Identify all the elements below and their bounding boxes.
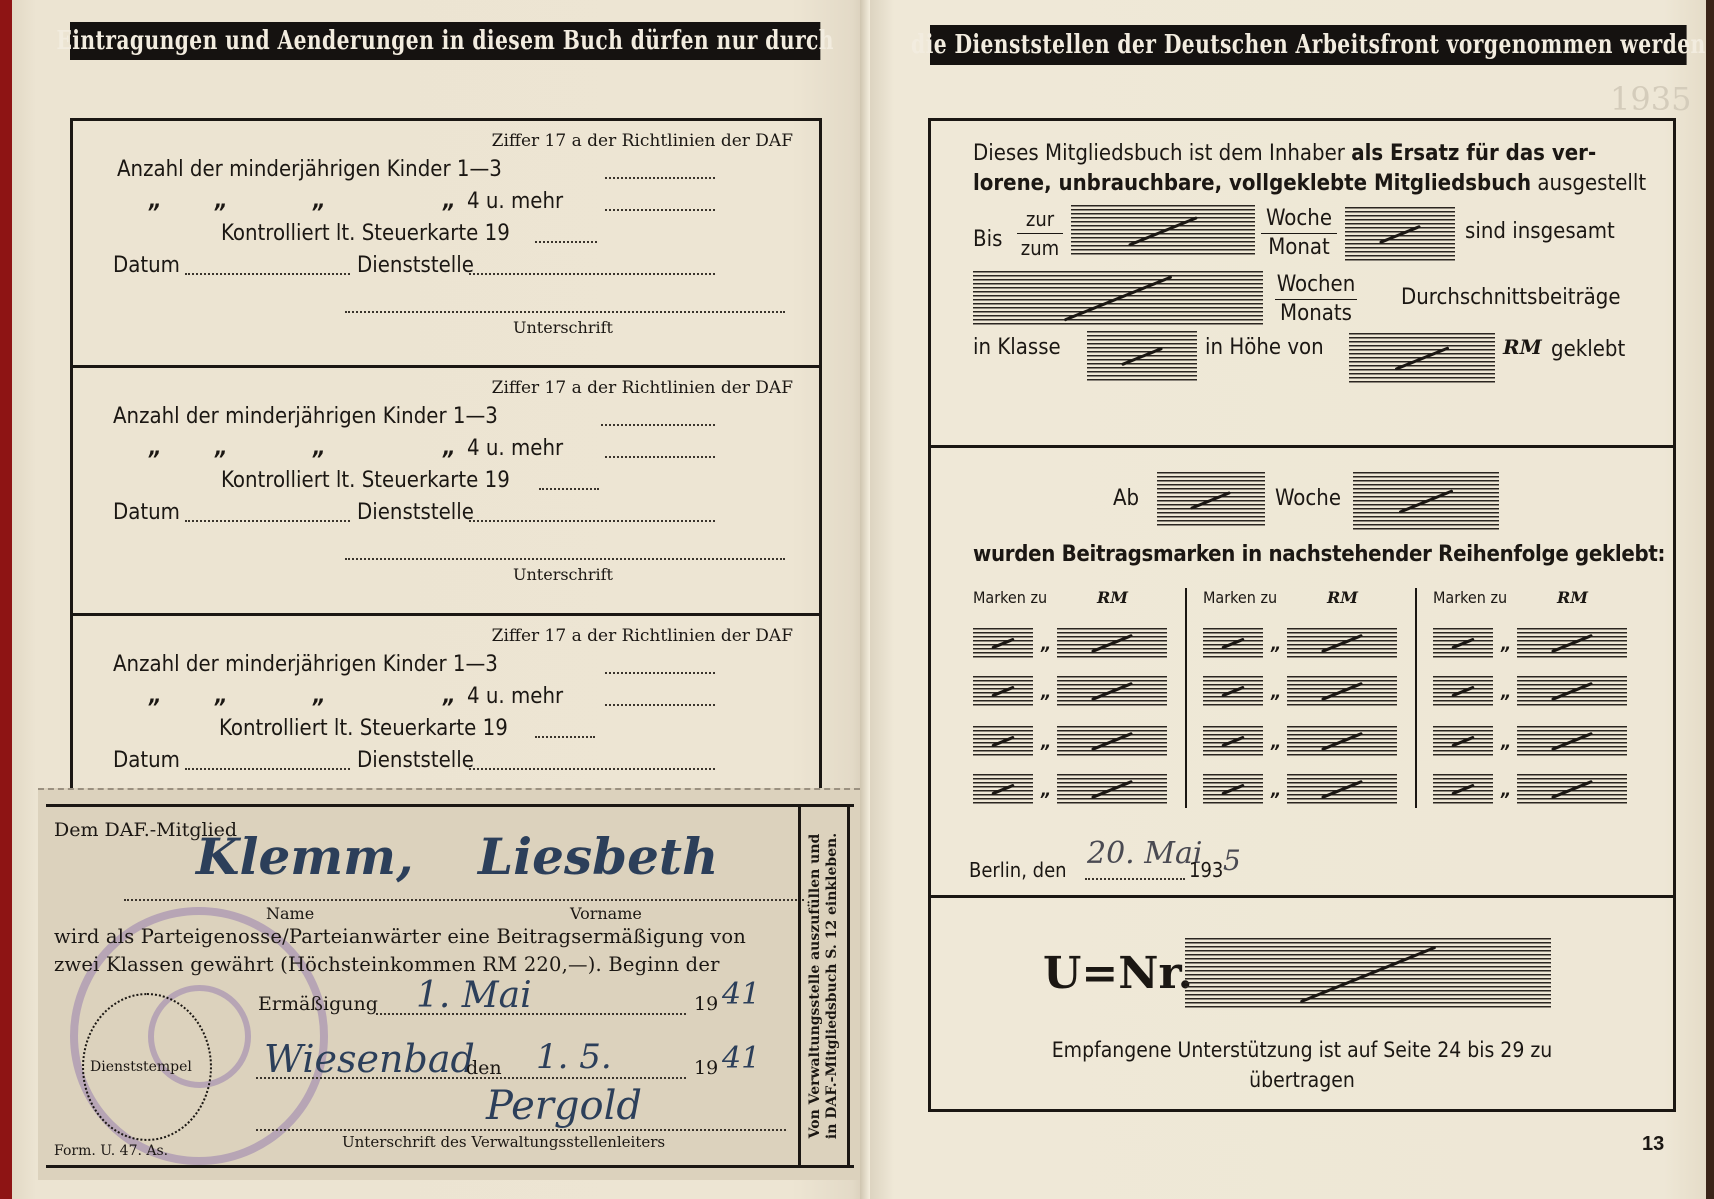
unr-label: U=Nr.: [1043, 948, 1193, 999]
marken-col-2-currency: RM: [1327, 588, 1358, 607]
klasse-field-cancelled[interactable]: [1087, 331, 1197, 381]
ditto-mark: „: [215, 436, 228, 461]
marken-count-field[interactable]: [1433, 774, 1493, 804]
contribution-reduction-slip: Verwaltungsstelle Wiesenbad i. E. · Gauw…: [38, 788, 860, 1180]
datum-label: Datum: [113, 748, 180, 773]
ditto-mark: „: [149, 189, 162, 214]
children-section-2: Ziffer 17 a der Richtlinien der DAF Anza…: [73, 368, 819, 616]
wochen-monats-fraction: Wochen Monats: [1275, 271, 1357, 328]
marken-amount-field[interactable]: [1287, 628, 1397, 658]
ditto-mark: „: [313, 189, 326, 214]
steuerkarte-year-field[interactable]: [539, 488, 599, 490]
leader-signature-field[interactable]: [256, 1129, 786, 1131]
marken-count-field[interactable]: [973, 676, 1033, 706]
issue-year-handwritten: 41: [722, 1041, 760, 1076]
bis-week-field-cancelled[interactable]: [1345, 207, 1455, 261]
ditto-mark: „: [149, 684, 162, 709]
ditto-mark: „: [1041, 780, 1051, 801]
marken-count-field[interactable]: [1203, 628, 1263, 658]
member-surname-handwritten: Klemm,: [196, 827, 413, 886]
children-1-3-label: Anzahl der minderjährigen Kinder 1—3: [113, 404, 498, 429]
ermaessigung-date-handwritten: 1. Mai: [416, 975, 532, 1016]
ditto-mark: „: [1041, 634, 1051, 655]
marken-count-field[interactable]: [1433, 628, 1493, 658]
marken-amount-field[interactable]: [1287, 726, 1397, 756]
ab-label: Ab: [1113, 486, 1139, 511]
bis-date-field-cancelled[interactable]: [1071, 205, 1255, 257]
children-1-3-field[interactable]: [605, 672, 715, 674]
right-header-banner: die Dienststellen der Deutschen Arbeitsf…: [930, 25, 1687, 65]
children-4-plus-label: 4 u. mehr: [467, 684, 563, 709]
marken-count-field[interactable]: [1203, 676, 1263, 706]
children-4-plus-label: 4 u. mehr: [467, 189, 563, 214]
stamp-order-section: Ab Woche wurden Beitragsmarken in nachst…: [931, 448, 1673, 898]
marken-col-2-header: Marken zu: [1203, 588, 1277, 607]
children-1-3-field[interactable]: [605, 177, 715, 179]
replacement-intro-line-1: Dieses Mitgliedsbuch ist dem Inhaber als…: [973, 141, 1596, 166]
ditto-mark: „: [149, 436, 162, 461]
year-prefix: 19: [694, 993, 718, 1015]
berlin-year-prefix: 193: [1189, 858, 1223, 882]
reihenfolge-heading: wurden Beitragsmarken in nachstehender R…: [973, 542, 1665, 567]
replacement-info-section: Dieses Mitgliedsbuch ist dem Inhaber als…: [931, 121, 1673, 448]
column-divider: [1185, 588, 1187, 808]
monats-label: Monats: [1280, 301, 1352, 326]
children-4-plus-label: 4 u. mehr: [467, 436, 563, 461]
dienststelle-label: Dienststelle: [357, 253, 474, 278]
steuerkarte-label: Kontrolliert lt. Steuerkarte 19: [221, 221, 510, 246]
vertical-note-line-2: in DAF.-Mitgliedsbuch S. 12 einkleben.: [824, 811, 841, 1161]
ermaessigung-label: Ermäßigung: [258, 993, 378, 1015]
zur-zum-fraction: zur zum: [1017, 205, 1063, 262]
ditto-mark: „: [1271, 780, 1281, 801]
children-4-plus-field[interactable]: [605, 456, 715, 458]
unterstuetzung-line-1: Empfangene Unterstützung ist auf Seite 2…: [931, 1038, 1673, 1062]
datum-field[interactable]: [185, 768, 350, 770]
signature-label: Unterschrift: [513, 565, 613, 584]
children-section-1: Ziffer 17 a der Richtlinien der DAF Anza…: [73, 121, 819, 368]
children-4-plus-field[interactable]: [605, 704, 715, 706]
marken-count-field[interactable]: [1433, 676, 1493, 706]
woche-label: Woche: [1261, 205, 1337, 234]
ditto-mark: „: [1271, 634, 1281, 655]
marken-amount-field[interactable]: [1057, 774, 1167, 804]
dienststelle-label: Dienststelle: [357, 748, 474, 773]
column-divider: [1415, 588, 1417, 808]
steuerkarte-label: Kontrolliert lt. Steuerkarte 19: [219, 716, 508, 741]
book-gutter: [860, 0, 870, 1199]
steuerkarte-year-field[interactable]: [535, 241, 597, 243]
marken-col-1-currency: RM: [1097, 588, 1128, 607]
steuerkarte-label: Kontrolliert lt. Steuerkarte 19: [221, 468, 510, 493]
berlin-year-handwritten: 5: [1223, 844, 1241, 877]
in-hoehe-label: in Höhe von: [1205, 335, 1324, 360]
name-field[interactable]: [124, 899, 804, 901]
ditto-mark: „: [443, 436, 456, 461]
issue-date-handwritten: 1. 5.: [536, 1037, 612, 1077]
marken-amount-field[interactable]: [1287, 774, 1397, 804]
place-handwritten: Wiesenbad: [264, 1037, 475, 1081]
marken-amount-field[interactable]: [1517, 628, 1627, 658]
berlin-date-handwritten: 20. Mai: [1087, 836, 1202, 871]
signature-field[interactable]: [345, 558, 785, 560]
marken-col-3-header: Marken zu: [1433, 588, 1507, 607]
marken-amount-field[interactable]: [1057, 676, 1167, 706]
slip-vertical-note: Von Verwaltungsstelle auszufüllen und in…: [798, 807, 850, 1165]
children-4-plus-field[interactable]: [605, 209, 715, 211]
dienststelle-field[interactable]: [469, 520, 715, 522]
slip-body-line-1: wird als Parteigenosse/Parteianwärter ei…: [54, 925, 746, 948]
ab-woche-field-cancelled[interactable]: [1353, 472, 1499, 530]
dienststelle-field[interactable]: [469, 768, 715, 770]
support-section: U=Nr. Empfangene Unterstützung ist auf S…: [931, 898, 1673, 1109]
vorname-label: Vorname: [570, 904, 642, 923]
steuerkarte-year-field[interactable]: [535, 736, 595, 738]
book-right-edge: [1706, 0, 1714, 1199]
vertical-note-text: Von Verwaltungsstelle auszufüllen und in…: [807, 811, 841, 1161]
marken-amount-field[interactable]: [1057, 628, 1167, 658]
insgesamt-label: sind insgesamt: [1465, 219, 1615, 244]
ditto-mark: „: [313, 436, 326, 461]
datum-label: Datum: [113, 500, 180, 525]
dienststelle-label: Dienststelle: [357, 500, 474, 525]
replacement-intro-line-2: lorene, unbrauchbare, vollgeklebte Mitgl…: [973, 171, 1646, 196]
marken-col-3-currency: RM: [1557, 588, 1588, 607]
marken-amount-field[interactable]: [1287, 676, 1397, 706]
stamp-placeholder-label: Dienststempel: [90, 1059, 192, 1075]
marken-count-field[interactable]: [973, 774, 1033, 804]
total-weeks-field-cancelled[interactable]: [973, 271, 1263, 325]
unterstuetzung-line-2: übertragen: [931, 1068, 1673, 1092]
berlin-date-field[interactable]: [1085, 878, 1185, 880]
slip-body-line-2: zwei Klassen gewährt (Höchsteinkommen RM…: [54, 953, 720, 976]
marken-col-1-header: Marken zu: [973, 588, 1047, 607]
ditto-mark: „: [443, 189, 456, 214]
signature-label: Unterschrift: [513, 318, 613, 337]
ditto-mark: „: [443, 684, 456, 709]
slip-frame: Verwaltungsstelle Wiesenbad i. E. · Gauw…: [46, 804, 854, 1168]
ermaessigung-year-handwritten: 41: [722, 977, 760, 1012]
ziffer-reference: Ziffer 17 a der Richtlinien der DAF: [492, 378, 793, 398]
dienststelle-field[interactable]: [469, 273, 715, 275]
children-1-3-label: Anzahl der minderjährigen Kinder 1—3: [113, 652, 498, 677]
amount-field-cancelled[interactable]: [1349, 333, 1495, 383]
replacement-book-form: Dieses Mitgliedsbuch ist dem Inhaber als…: [928, 118, 1676, 1112]
year-prefix: 19: [694, 1057, 718, 1079]
wochen-label: Wochen: [1275, 271, 1357, 300]
woche-monat-fraction: Woche Monat: [1261, 205, 1337, 262]
den-label: den: [466, 1057, 502, 1079]
ditto-mark: „: [1041, 682, 1051, 703]
children-1-3-label: Anzahl der minderjährigen Kinder 1—3: [117, 157, 502, 182]
ziffer-reference: Ziffer 17 a der Richtlinien der DAF: [492, 626, 793, 646]
faint-year-showthrough: 1935: [1610, 80, 1691, 118]
ditto-mark: „: [313, 684, 326, 709]
ziffer-reference: Ziffer 17 a der Richtlinien der DAF: [492, 131, 793, 151]
book-cover-edge: [0, 0, 12, 1199]
in-klasse-label: in Klasse: [973, 335, 1061, 360]
marken-count-field[interactable]: [973, 628, 1033, 658]
form-number: Form. U. 47. As.: [54, 1143, 168, 1159]
zum-label: zum: [1021, 236, 1059, 260]
vertical-note-line-1: Von Verwaltungsstelle auszufüllen und: [807, 811, 824, 1161]
datum-label: Datum: [113, 253, 180, 278]
berlin-den-label: Berlin, den: [969, 858, 1067, 882]
marken-count-field[interactable]: [973, 726, 1033, 756]
signature-handwritten: Pergold: [486, 1083, 642, 1129]
marken-amount-field[interactable]: [1517, 676, 1627, 706]
marken-count-field[interactable]: [1433, 726, 1493, 756]
marken-count-field[interactable]: [1203, 774, 1263, 804]
monat-label: Monat: [1268, 235, 1330, 260]
signature-field[interactable]: [345, 311, 785, 313]
datum-field[interactable]: [185, 520, 350, 522]
ab-woche-label: Woche: [1275, 486, 1341, 511]
place-date-field[interactable]: [256, 1077, 686, 1079]
marken-amount-field[interactable]: [1517, 774, 1627, 804]
marken-count-field[interactable]: [1203, 726, 1263, 756]
zur-label: zur: [1017, 205, 1063, 234]
geklebt-label: geklebt: [1551, 337, 1625, 362]
children-1-3-field[interactable]: [601, 424, 715, 426]
ditto-mark: „: [1271, 732, 1281, 753]
marken-amount-field[interactable]: [1517, 726, 1627, 756]
name-label: Name: [266, 904, 314, 923]
page-number: 13: [1642, 1133, 1664, 1156]
unr-field-cancelled[interactable]: [1185, 938, 1551, 1010]
ditto-mark: „: [215, 684, 228, 709]
datum-field[interactable]: [185, 273, 350, 275]
leader-signature-label: Unterschrift des Verwaltungsstellenleite…: [342, 1133, 665, 1151]
marken-amount-field[interactable]: [1057, 726, 1167, 756]
left-header-banner: Eintragungen und Aenderungen in diesem B…: [70, 22, 820, 60]
ditto-mark: „: [215, 189, 228, 214]
bis-label: Bis: [973, 227, 1002, 252]
ditto-mark: „: [1501, 682, 1511, 703]
ditto-mark: „: [1501, 634, 1511, 655]
children-form-box: Ziffer 17 a der Richtlinien der DAF Anza…: [70, 118, 822, 818]
ditto-mark: „: [1271, 682, 1281, 703]
rm-currency-label: RM: [1503, 335, 1542, 359]
ditto-mark: „: [1501, 780, 1511, 801]
ditto-mark: „: [1501, 732, 1511, 753]
durchschnitt-label: Durchschnittsbeiträge: [1401, 285, 1621, 310]
member-firstname-handwritten: Liesbeth: [478, 827, 718, 886]
ditto-mark: „: [1041, 732, 1051, 753]
ab-field-cancelled[interactable]: [1157, 472, 1265, 528]
